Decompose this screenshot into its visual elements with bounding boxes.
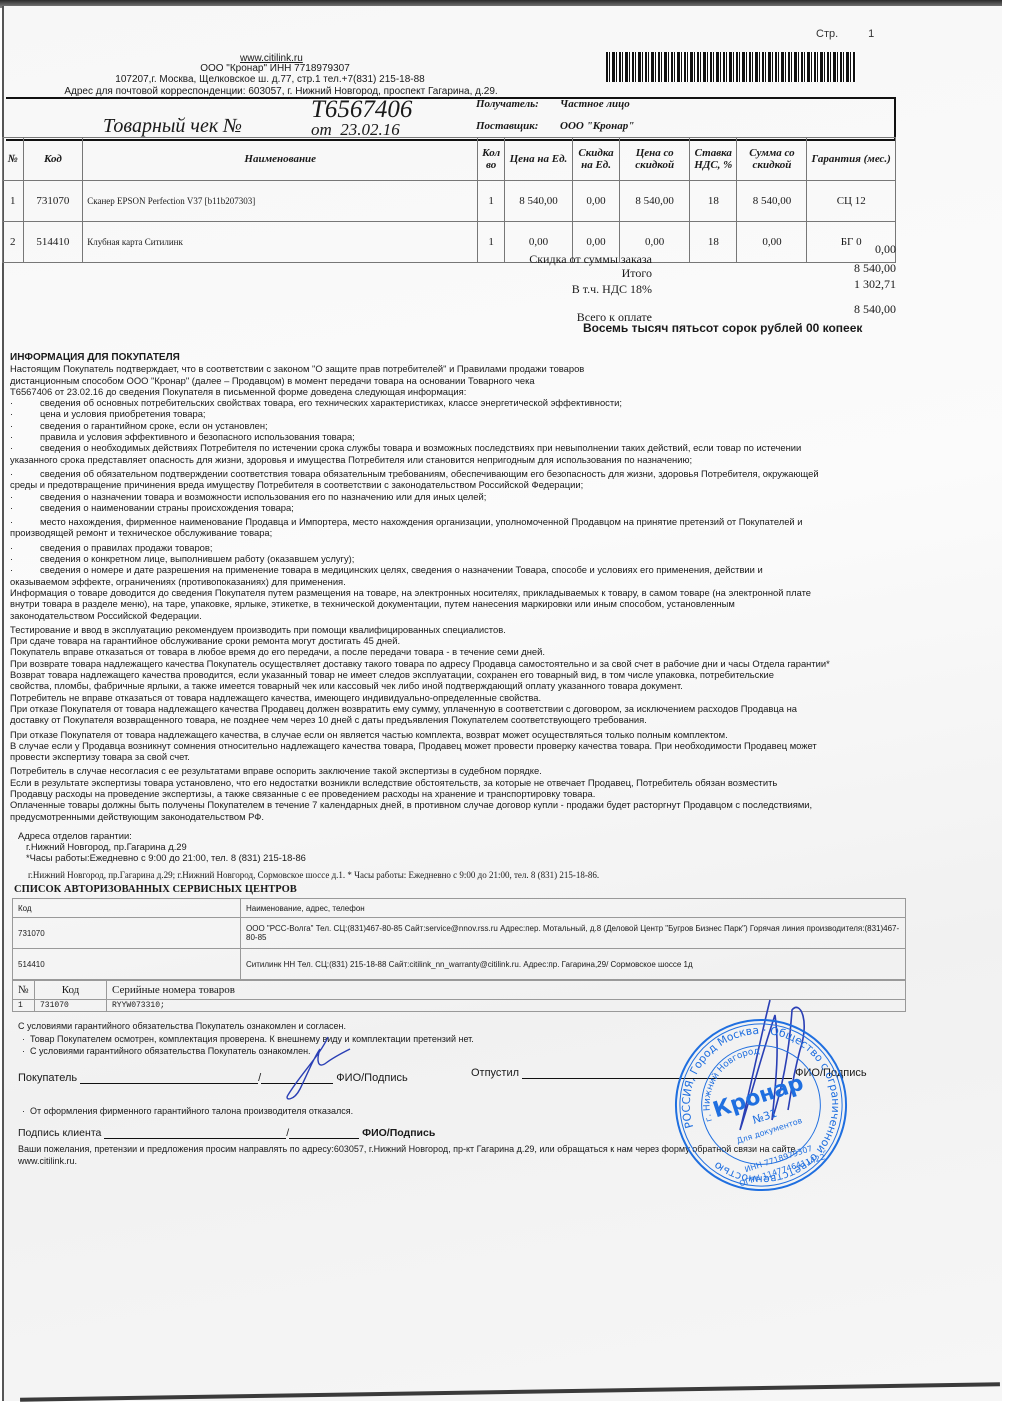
info-bullet: сведения о наименовании страны происхожд…: [10, 502, 910, 513]
col-code: Код: [23, 138, 83, 181]
barcode: [606, 52, 856, 82]
info-paragraph: При отказе Покупателя от товара надлежащ…: [10, 729, 910, 740]
svc-details: ООО "РСС-Волга" Тел. СЦ:(831)467-80-85 С…: [241, 918, 906, 949]
footer-bullet: · С условиями гарантийного обязательства…: [22, 1046, 311, 1056]
info-paragraph: предусмотренными действующим законодател…: [10, 811, 910, 822]
total-value: 8 540,00: [756, 261, 896, 276]
cell-vat: 18: [690, 222, 737, 263]
svc-details: Ситилинк НН Тел. СЦ:(831) 215-18-88 Сайт…: [241, 949, 906, 980]
info-bullet-cont: производящей ремонт и техническое обслуж…: [10, 527, 910, 538]
info-paragraph: Потребитель в случае несогласия с ее рез…: [10, 765, 910, 776]
buyer-name-line[interactable]: [80, 1073, 258, 1084]
info-bullet: сведения о гарантийном сроке, если он ус…: [10, 420, 910, 431]
info-bullet-cont: указанного срока представляет опасность …: [10, 454, 910, 465]
col-num: №: [3, 138, 24, 181]
info-paragraph: доставку от Покупателя возвращенного тов…: [10, 714, 910, 725]
info-intro: дистанционным способом ООО "Кронар" (дал…: [10, 375, 910, 386]
recipient-label: Получатель:: [476, 98, 539, 110]
cell-name: Сканер EPSON Perfection V37 [b11b207303]: [83, 181, 478, 222]
vat-value: 1 302,71: [756, 277, 896, 292]
svc-code: 731070: [13, 918, 241, 949]
info-intro: Настоящим Покупатель подтверждает, что в…: [10, 363, 910, 374]
cell-num: 2: [3, 222, 24, 263]
warranty-address: г.Нижний Новгород, пр.Гагарина д.29: [10, 841, 910, 852]
agree-text: С условиями гарантийного обязательства П…: [18, 1021, 346, 1031]
info-paragraph: При сдаче товара на гарантийное обслужив…: [10, 635, 910, 646]
info-paragraph: Покупатель вправе отказаться от товара в…: [10, 646, 910, 657]
info-paragraph: Тестирование и ввод в эксплуатацию реком…: [10, 624, 910, 635]
warranty-heading: Адреса отделов гарантии:: [10, 830, 910, 841]
serial-col-code: Код: [35, 981, 107, 1000]
footer-bullet: · Товар Покупателем осмотрен, комплектац…: [22, 1034, 474, 1044]
col-vat: Ставка НДС, %: [690, 138, 737, 181]
page-number: Стр.1: [816, 28, 874, 40]
info-paragraph: При возврате товара надлежащего качества…: [10, 658, 910, 669]
amount-in-words: Восемь тысяч пятьсот сорок рублей 00 коп…: [583, 321, 862, 335]
info-bullet-cont: среды и предотвращение причинения вреда …: [10, 479, 910, 490]
vat-label: В т.ч. НДС 18%: [352, 282, 652, 297]
info-bullet: сведения об основных потребительских сво…: [10, 397, 910, 408]
released-label: Отпустил: [471, 1067, 519, 1079]
info-heading: ИНФОРМАЦИЯ ДЛЯ ПОКУПАТЕЛЯ: [10, 352, 910, 363]
buyer-label: Покупатель: [18, 1072, 77, 1084]
refused-text: От оформления фирменного гарантийного та…: [30, 1106, 353, 1116]
items-header-row: № Код Наименование Кол во Цена на Ед. Ск…: [3, 138, 896, 181]
info-bullet: сведения о назначении товара и возможнос…: [10, 491, 910, 502]
col-discount: Скидка на Ед.: [572, 138, 619, 181]
col-name: Наименование: [83, 138, 478, 181]
company-stamp: РОССИЯ, Город Москва · Общество с ограни…: [672, 1016, 850, 1194]
info-paragraph: При отказе Покупателя от товара надлежащ…: [10, 703, 910, 714]
info-paragraph: В случае если у Продавца возникнут сомне…: [10, 740, 910, 751]
conditions-text: С условиями гарантийного обязательства П…: [30, 1046, 311, 1056]
doc-title: Товарный чек №: [103, 115, 242, 138]
refused-row: · От оформления фирменного гарантийного …: [22, 1106, 353, 1116]
info-bullet: место нахождения, фирменное наименование…: [10, 516, 910, 527]
client-sign-line[interactable]: [289, 1128, 359, 1139]
svc-col-code: Код: [13, 899, 241, 918]
svc-header-row: Код Наименование, адрес, телефон: [13, 899, 906, 918]
cell-code: 731070: [23, 181, 83, 222]
info-bullet: сведения о номере и дате разрешения на п…: [10, 564, 910, 575]
cell-price: 8 540,00: [505, 181, 573, 222]
svc-code: 514410: [13, 949, 241, 980]
info-bullet: сведения о необходимых действиях Потреби…: [10, 442, 910, 453]
info-paragraph: Продавцу расходы на проведение экспертиз…: [10, 788, 910, 799]
discount-label: Скидка от суммы заказа: [352, 252, 652, 267]
col-sum: Сумма со скидкой: [737, 138, 807, 181]
cell-code: 514410: [23, 222, 83, 263]
warranty-full: г.Нижний Новгород, пр.Гагарина д.29; г.Н…: [10, 870, 910, 881]
info-intro: Т6567406 от 23.02.16 до сведения Покупат…: [10, 386, 910, 397]
feedback-site[interactable]: www.citilink.ru.: [18, 1156, 77, 1166]
cell-qty: 1: [478, 181, 505, 222]
info-paragraph: внутри товара в разделе меню), на таре, …: [10, 598, 910, 609]
supplier-value: ООО "Кронар": [560, 120, 634, 132]
info-bullet: сведения об обязательном подтверждении с…: [10, 468, 910, 479]
warranty-hours: *Часы работы:Ежедневно с 9:00 до 21:00, …: [10, 852, 910, 863]
info-paragraph: Возврат товара надлежащего качества пров…: [10, 669, 910, 680]
col-qty: Кол во: [478, 138, 505, 181]
buyer-signature-scribble: [270, 1035, 380, 1105]
header-address: 107207,г. Москва, Щелковское ш. д.77, ст…: [100, 74, 440, 86]
info-bullet: цена и условия приобретения товара;: [10, 408, 910, 419]
svc-col-details: Наименование, адрес, телефон: [241, 899, 906, 918]
serial-code: 731070: [35, 1000, 107, 1012]
info-bullet-cont: оказываемом эффекте, ограничениях (проти…: [10, 576, 910, 587]
service-centers-table: Код Наименование, адрес, телефон 731070 …: [12, 898, 906, 980]
client-name-line[interactable]: [104, 1128, 286, 1139]
scan-edge-right: [1002, 0, 1024, 1410]
info-paragraph: законодательством Российской Федерации.: [10, 610, 910, 621]
table-row: 1 731070 Сканер EPSON Perfection V37 [b1…: [3, 181, 896, 222]
client-sig-label: Подпись клиента: [18, 1127, 101, 1139]
total-label: Итого: [352, 266, 652, 281]
info-bullet: сведения о конкретном лице, выполнившем …: [10, 553, 910, 564]
col-discounted-price: Цена со скидкой: [620, 138, 690, 181]
info-paragraph: свойства, пломбы, фабричные ярлыки, а та…: [10, 680, 910, 691]
cell-sum: 8 540,00: [737, 181, 807, 222]
info-paragraph: Потребитель не вправе отказаться от това…: [10, 692, 910, 703]
buyer-info: ИНФОРМАЦИЯ ДЛЯ ПОКУПАТЕЛЯ Настоящим Поку…: [10, 352, 910, 881]
col-warranty: Гарантия (мес.): [807, 138, 896, 181]
cell-warranty: СЦ 12: [807, 181, 896, 222]
info-bullet: правила и условия эффективного и безопас…: [10, 431, 910, 442]
info-bullet: сведения о правилах продажи товаров;: [10, 542, 910, 553]
table-row: 731070 ООО "РСС-Волга" Тел. СЦ:(831)467-…: [13, 918, 906, 949]
cell-discount: 0,00: [572, 181, 619, 222]
serial-col-num: №: [13, 981, 35, 1000]
client-signature-row: Подпись клиента / ФИО/Подпись: [18, 1127, 435, 1139]
info-paragraph: Оплаченные товары должны быть получены П…: [10, 799, 910, 810]
col-price: Цена на Ед.: [505, 138, 573, 181]
discount-value: 0,00: [756, 242, 896, 257]
info-paragraph: Информация о товаре доводится до сведени…: [10, 587, 910, 598]
service-centers-title: СПИСОК АВТОРИЗОВАННЫХ СЕРВИСНЫХ ЦЕНТРОВ: [14, 884, 297, 895]
page-label: Стр.: [816, 28, 838, 40]
info-paragraph: Если в результате экспертизы товара уста…: [10, 777, 910, 788]
inspected-text: Товар Покупателем осмотрен, комплектация…: [30, 1034, 474, 1044]
supplier-label: Поставщик:: [476, 120, 538, 132]
page-value: 1: [868, 28, 874, 40]
serial-num: 1: [13, 1000, 35, 1012]
cell-discounted-price: 8 540,00: [620, 181, 690, 222]
fio-label: ФИО/Подпись: [362, 1127, 435, 1139]
info-paragraph: провести экспертизу товара за свой счет.: [10, 751, 910, 762]
cell-vat: 18: [690, 181, 737, 222]
recipient-value: Частное лицо: [560, 98, 630, 110]
due-value: 8 540,00: [756, 302, 896, 317]
table-row: 514410 Ситилинк НН Тел. СЦ:(831) 215-18-…: [13, 949, 906, 980]
cell-num: 1: [3, 181, 24, 222]
